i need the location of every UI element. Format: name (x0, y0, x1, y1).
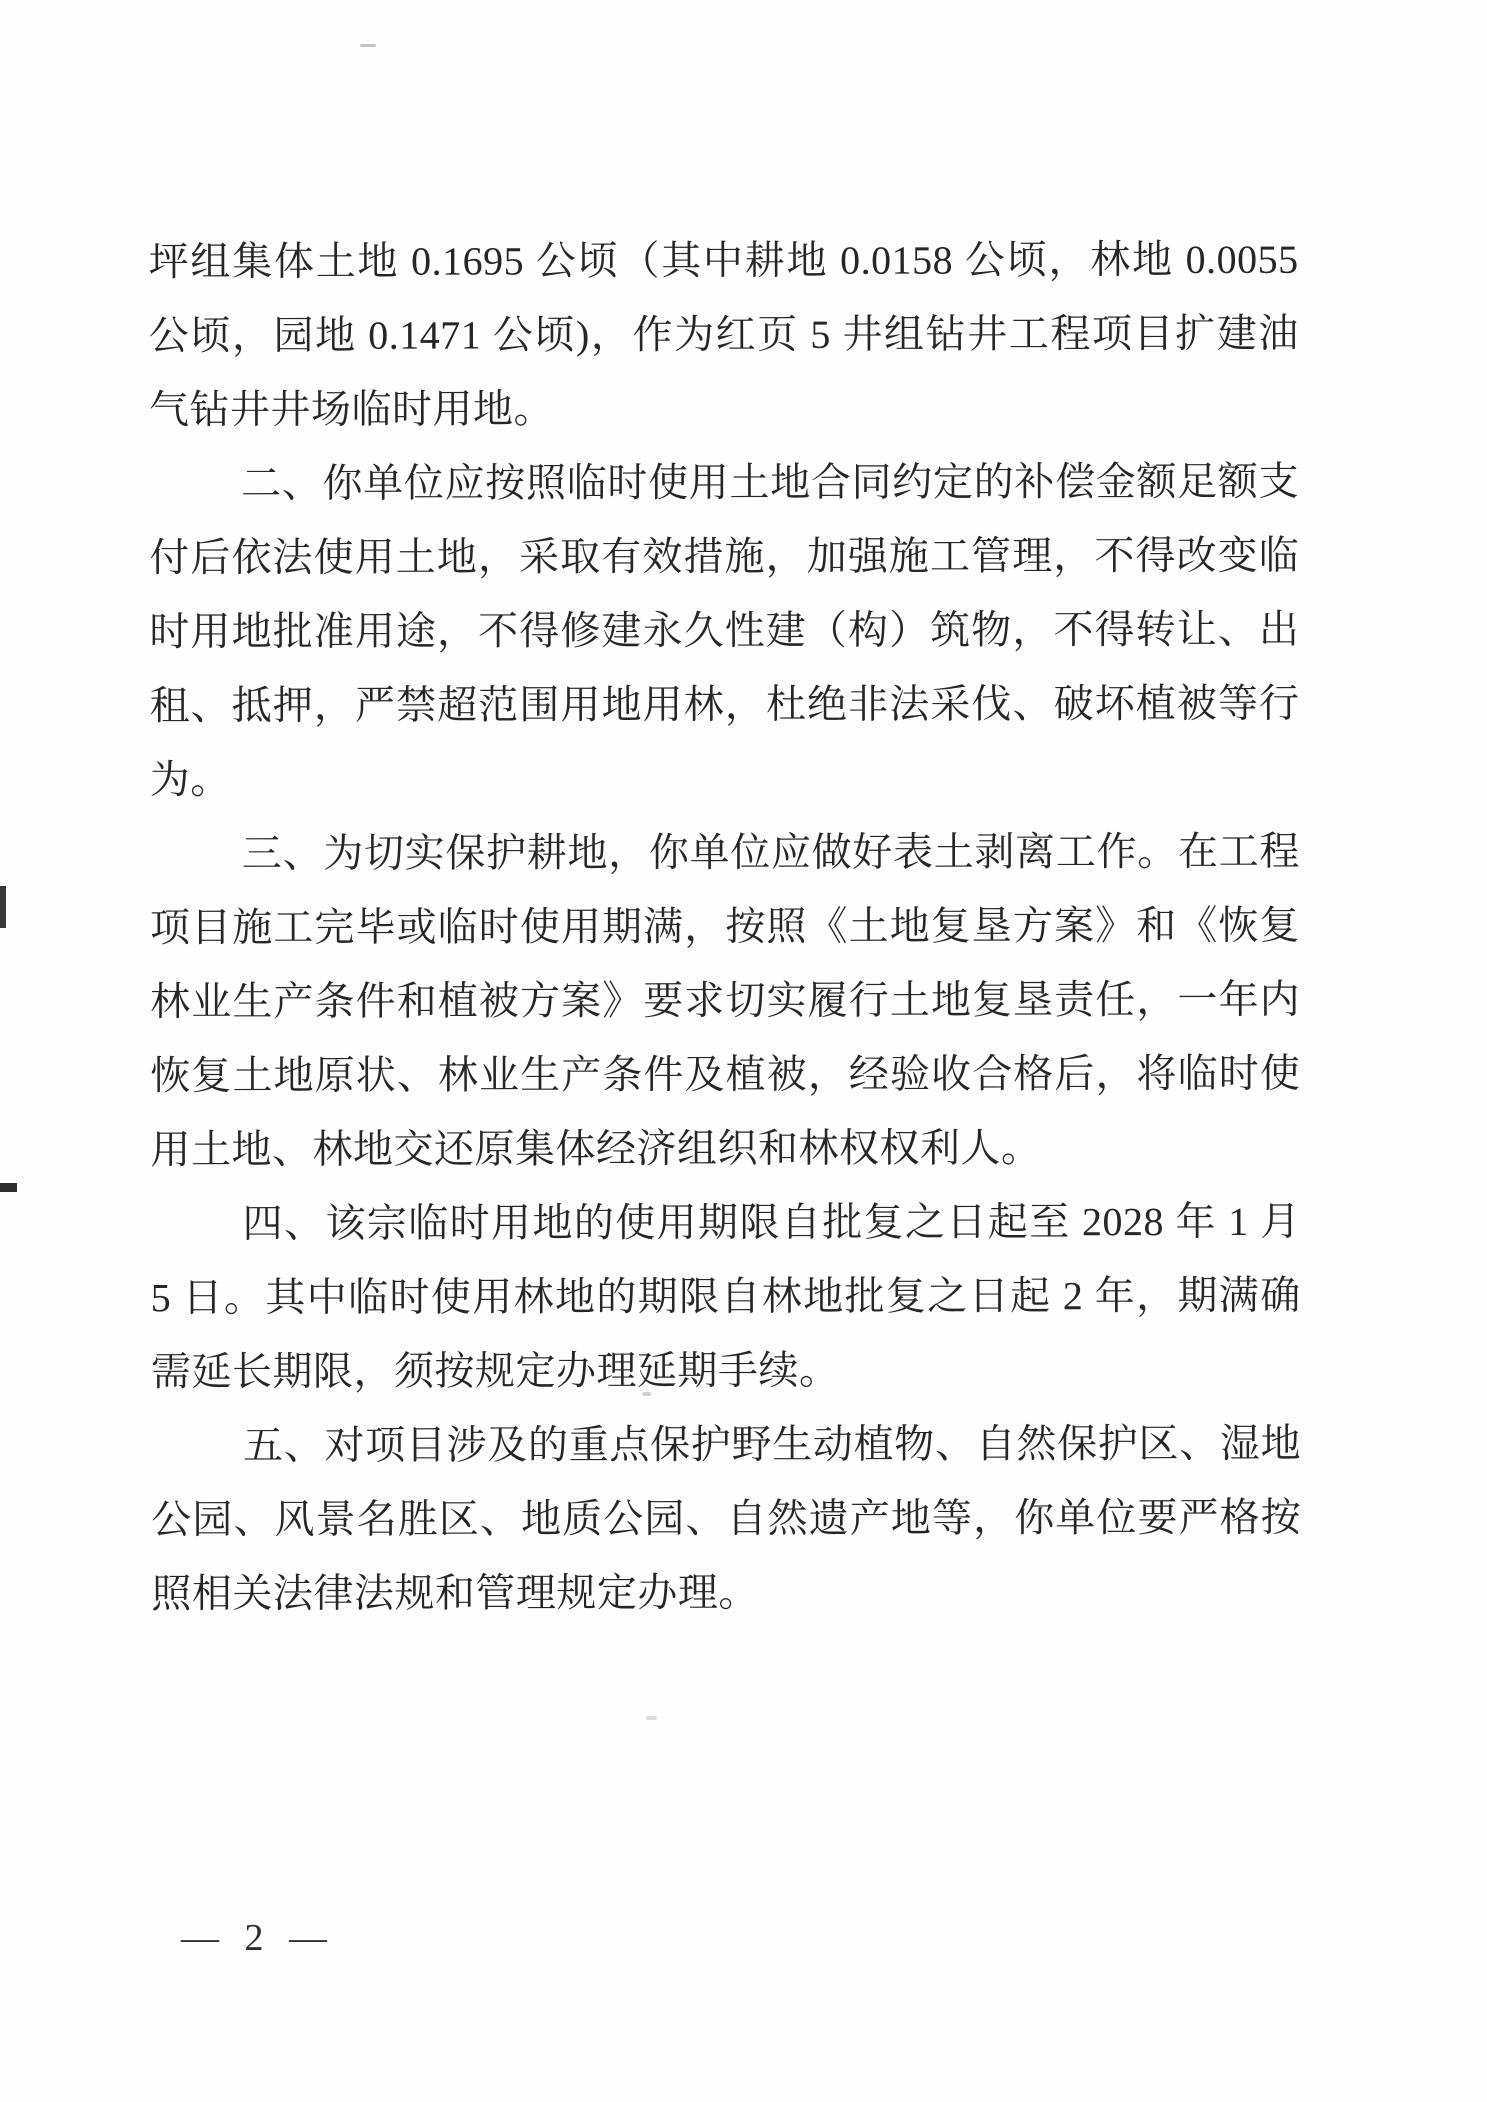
paragraph-item-4: 四、该宗临时用地的使用期限自批复之日起至 2028 年 1 月 5 日。其中临时… (151, 1185, 1301, 1409)
paragraph-item-2: 二、你单位应按照临时使用土地合同约定的补偿金额足额支付后依法使用土地，采取有效措… (149, 445, 1300, 817)
paragraph-item-3: 三、为切实保护耕地，你单位应做好表土剥离工作。在工程项目施工完毕或临时使用期满，… (150, 815, 1301, 1187)
paragraph-item-5: 五、对项目涉及的重点保护野生动植物、自然保护区、湿地公园、风景名胜区、地质公园、… (151, 1407, 1301, 1631)
page-number: — 2 — (181, 1916, 335, 1960)
scan-artifact (0, 1183, 17, 1192)
document-body: 坪组集体土地 0.1695 公顷（其中耕地 0.0158 公顷，林地 0.005… (149, 223, 1302, 1631)
scan-artifact (360, 44, 376, 47)
scan-artifact (646, 1716, 657, 1720)
scanned-document-page: 坪组集体土地 0.1695 公顷（其中耕地 0.0158 公顷，林地 0.005… (0, 0, 1487, 2102)
scan-artifact (0, 886, 6, 928)
paragraph-continuation: 坪组集体土地 0.1695 公顷（其中耕地 0.0158 公顷，林地 0.005… (149, 223, 1299, 447)
